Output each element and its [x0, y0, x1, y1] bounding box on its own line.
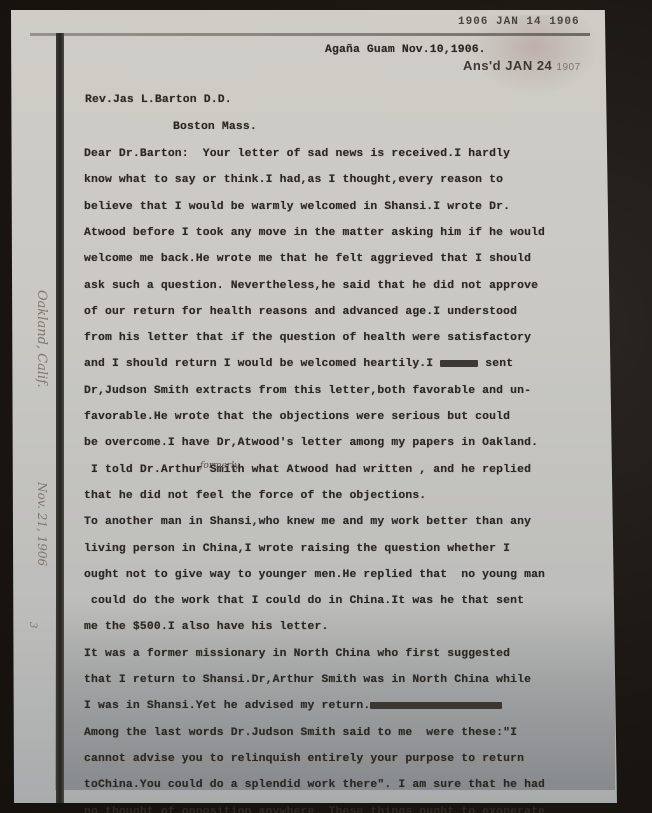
- body-line: know what to say or think.I had,as I tho…: [84, 174, 503, 186]
- body-line: Atwood before I took any move in the mat…: [84, 227, 545, 239]
- margin-note-place: Oakland, Calif.: [34, 290, 49, 388]
- answered-stamp-year: 1907: [556, 62, 580, 73]
- body-line: from his letter that if the question of …: [84, 332, 531, 344]
- margin-note-date: Nov. 21, 1906: [35, 482, 49, 566]
- body-line: no thought of opposition anywhere. These…: [84, 806, 545, 813]
- recipient-city: Boston Mass.: [173, 121, 257, 133]
- body-line: To another man in Shansi,who knew me and…: [84, 516, 531, 528]
- body-line: and I should return I would be welcomed …: [84, 358, 513, 370]
- body-line: Dr,Judson Smith extracts from this lette…: [84, 385, 531, 397]
- body-line: ought not to give way to younger men.He …: [84, 569, 545, 581]
- body-line: living person in China,I wrote raising t…: [84, 543, 510, 555]
- body-line: that I return to Shansi.Dr,Arthur Smith …: [84, 674, 531, 686]
- body-line: favorable.He wrote that the objections w…: [84, 411, 510, 423]
- dateline: Agaña Guam Nov.10,1906.: [325, 44, 486, 56]
- body-line: cannot advise you to relinquish entirely…: [84, 753, 524, 765]
- body-line: that he did not feel the force of the ob…: [84, 490, 426, 502]
- body-line: It was a former missionary in North Chin…: [84, 648, 510, 660]
- body-line: toChina.You could do a splendid work the…: [84, 779, 545, 791]
- handwritten-insertion: formerly: [200, 461, 239, 471]
- body-line: welcome me back.He wrote me that he felt…: [84, 253, 531, 265]
- margin-note-number: 3: [27, 622, 38, 628]
- struck-text: [440, 360, 478, 367]
- answered-stamp-text: Ans'd JAN 24: [463, 58, 552, 73]
- binding-strip: [56, 33, 64, 803]
- body-line: could do the work that I could do in Chi…: [84, 595, 524, 607]
- body-line: Among the last words Dr.Judson Smith sai…: [84, 727, 517, 739]
- answered-stamp: Ans'd JAN 24 1907: [463, 58, 581, 73]
- body-line: Dear Dr.Barton: Your letter of sad news …: [84, 148, 510, 160]
- body-line: I was in Shansi.Yet he advised my return…: [84, 700, 502, 712]
- letter-body: Dear Dr.Barton: Your letter of sad news …: [84, 148, 98, 472]
- filing-stamp: 1906 JAN 14 1906: [458, 16, 580, 28]
- top-binding-rule: [30, 33, 590, 36]
- struck-text: [370, 702, 502, 709]
- body-line: believe that I would be warmly welcomed …: [84, 201, 510, 213]
- body-line: be overcome.I have Dr,Atwood's letter am…: [84, 437, 538, 449]
- body-line: I told Dr.Arthur Smith what Atwood had w…: [84, 464, 531, 476]
- body-line: ask such a question. Nevertheless,he sai…: [84, 280, 538, 292]
- body-line: me the $500.I also have his letter.: [84, 621, 329, 633]
- recipient-name: Rev.Jas L.Barton D.D.: [85, 94, 232, 106]
- body-line: of our return for health reasons and adv…: [84, 306, 517, 318]
